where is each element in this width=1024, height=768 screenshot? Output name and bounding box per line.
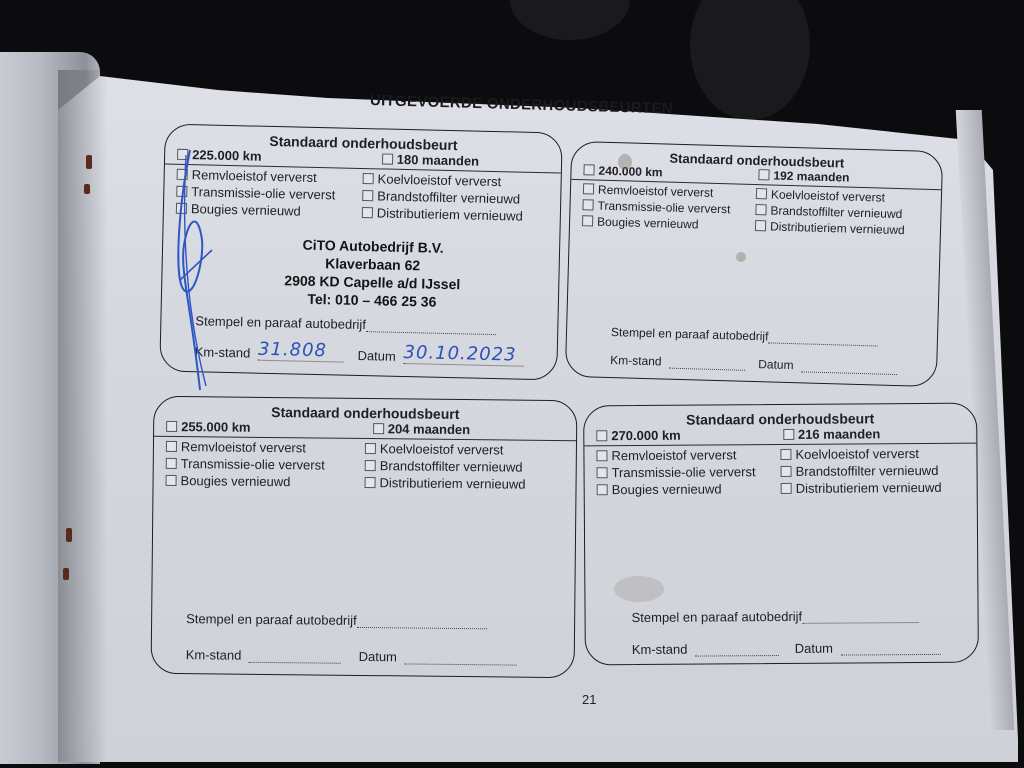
staple-mark xyxy=(66,528,72,542)
checkbox[interactable] xyxy=(755,220,766,231)
check-item: Bougies vernieuwd xyxy=(597,481,781,497)
datum-label: Datum xyxy=(359,649,397,664)
signature-scribble xyxy=(172,150,232,390)
check-item: Distributieriem vernieuwd xyxy=(755,219,928,238)
background-blob xyxy=(690,0,810,120)
checkbox[interactable] xyxy=(781,483,792,494)
paper-stain xyxy=(736,252,746,262)
km-datum-row: Km-stand Datum xyxy=(632,640,941,657)
background-blob xyxy=(510,0,630,40)
km-interval: 255.000 km xyxy=(166,419,251,435)
check-item: Transmissie-olie ververst xyxy=(166,456,365,473)
km-interval: 270.000 km xyxy=(596,428,681,444)
checkbox[interactable] xyxy=(363,173,374,184)
stempel-line[interactable] xyxy=(357,627,487,629)
checkbox[interactable] xyxy=(758,169,769,180)
check-item: Brandstoffilter vernieuwd xyxy=(362,188,548,207)
months-interval: 192 maanden xyxy=(758,168,849,185)
datum-label: Datum xyxy=(357,348,396,364)
checkbox[interactable] xyxy=(583,183,594,194)
datum-value[interactable] xyxy=(801,371,897,375)
checkbox[interactable] xyxy=(362,207,373,218)
datum-value[interactable]: 30.10.2023 xyxy=(403,342,523,367)
km-label: Km-stand xyxy=(186,647,242,663)
checkbox[interactable] xyxy=(382,153,393,164)
checkbox[interactable] xyxy=(756,188,767,199)
datum-label: Datum xyxy=(795,641,833,656)
check-item: Brandstoffilter vernieuwd xyxy=(781,463,965,479)
km-datum-row: Km-stand Datum xyxy=(186,647,517,665)
km-datum-row: Km-stand Datum xyxy=(610,353,897,375)
staple-mark xyxy=(84,184,90,194)
checkbox[interactable] xyxy=(166,475,177,486)
spine-shadow xyxy=(58,70,108,762)
checkbox[interactable] xyxy=(597,484,608,495)
stempel-row: Stempel en paraaf autobedrijf xyxy=(195,313,496,335)
stempel-line[interactable] xyxy=(802,622,918,624)
check-item: Brandstoffilter vernieuwd xyxy=(365,458,564,475)
page-number: 21 xyxy=(582,692,596,707)
checkbox[interactable] xyxy=(166,441,177,452)
stempel-row: Stempel en paraaf autobedrijf xyxy=(611,325,879,346)
km-datum-row: Km-stand 31.808 Datum 30.10.2023 xyxy=(195,337,524,366)
checkbox[interactable] xyxy=(582,199,593,210)
checkbox[interactable] xyxy=(583,164,594,175)
staple-mark xyxy=(63,568,69,580)
service-box-4: Standaard onderhoudsbeurt 270.000 km 216… xyxy=(583,403,979,666)
months-interval: 216 maanden xyxy=(783,426,880,442)
check-item: Distributieriem vernieuwd xyxy=(364,475,563,492)
stempel-row: Stempel en paraaf autobedrijf xyxy=(186,611,487,629)
paper-stain xyxy=(618,154,632,170)
months-interval: 180 maanden xyxy=(382,151,480,168)
checkbox[interactable] xyxy=(755,204,766,215)
check-item: Transmissie-olie ververst xyxy=(597,464,781,480)
check-item: Koelvloeistof ververst xyxy=(780,446,964,462)
stempel-line[interactable] xyxy=(366,331,496,335)
checkbox[interactable] xyxy=(781,466,792,477)
service-box-2: Standaard onderhoudsbeurt 240.000 km 192… xyxy=(565,141,943,387)
check-item: Remvloeistof ververst xyxy=(596,447,780,463)
km-value[interactable] xyxy=(249,662,341,664)
checkbox[interactable] xyxy=(365,443,376,454)
check-item: Distributieriem vernieuwd xyxy=(362,205,548,224)
datum-value[interactable] xyxy=(404,663,516,665)
stempel-row: Stempel en paraaf autobedrijf xyxy=(632,608,919,625)
datum-label: Datum xyxy=(758,357,794,372)
checkbox[interactable] xyxy=(362,190,373,201)
checkbox[interactable] xyxy=(166,458,177,469)
stempel-label: Stempel en paraaf autobedrijf xyxy=(186,611,357,628)
km-label: Km-stand xyxy=(610,353,662,368)
check-item: Koelvloeistof ververst xyxy=(362,171,548,190)
checkbox[interactable] xyxy=(596,450,607,461)
checkbox[interactable] xyxy=(596,430,607,441)
stempel-label: Stempel en paraaf autobedrijf xyxy=(632,609,803,625)
checkbox[interactable] xyxy=(365,460,376,471)
checkbox[interactable] xyxy=(783,429,794,440)
stempel-label: Stempel en paraaf autobedrijf xyxy=(611,325,769,343)
paper-stain xyxy=(614,576,664,602)
stempel-line[interactable] xyxy=(768,342,878,346)
datum-value[interactable] xyxy=(841,654,941,656)
months-interval: 204 maanden xyxy=(373,421,471,437)
staple-mark xyxy=(86,155,92,169)
km-value[interactable]: 31.808 xyxy=(258,339,344,363)
check-item: Distributieriem vernieuwd xyxy=(781,480,965,496)
checkbox[interactable] xyxy=(597,467,608,478)
check-item: Remvloeistof ververst xyxy=(166,439,365,456)
checkbox[interactable] xyxy=(582,215,593,226)
checkbox[interactable] xyxy=(373,423,384,434)
km-label: Km-stand xyxy=(632,642,688,657)
checkbox[interactable] xyxy=(780,449,791,460)
checkbox[interactable] xyxy=(166,421,177,432)
garage-stamp: CiTO Autobedrijf B.V. Klaverbaan 62 2908… xyxy=(262,235,484,312)
checkbox[interactable] xyxy=(365,477,376,488)
check-item: Bougies vernieuwd xyxy=(166,473,365,490)
km-value[interactable] xyxy=(669,368,745,371)
check-item: Bougies vernieuwd xyxy=(582,214,755,233)
service-box-3: Standaard onderhoudsbeurt 255.000 km 204… xyxy=(151,396,578,678)
km-value[interactable] xyxy=(695,655,779,657)
check-item: Koelvloeistof ververst xyxy=(365,441,564,458)
